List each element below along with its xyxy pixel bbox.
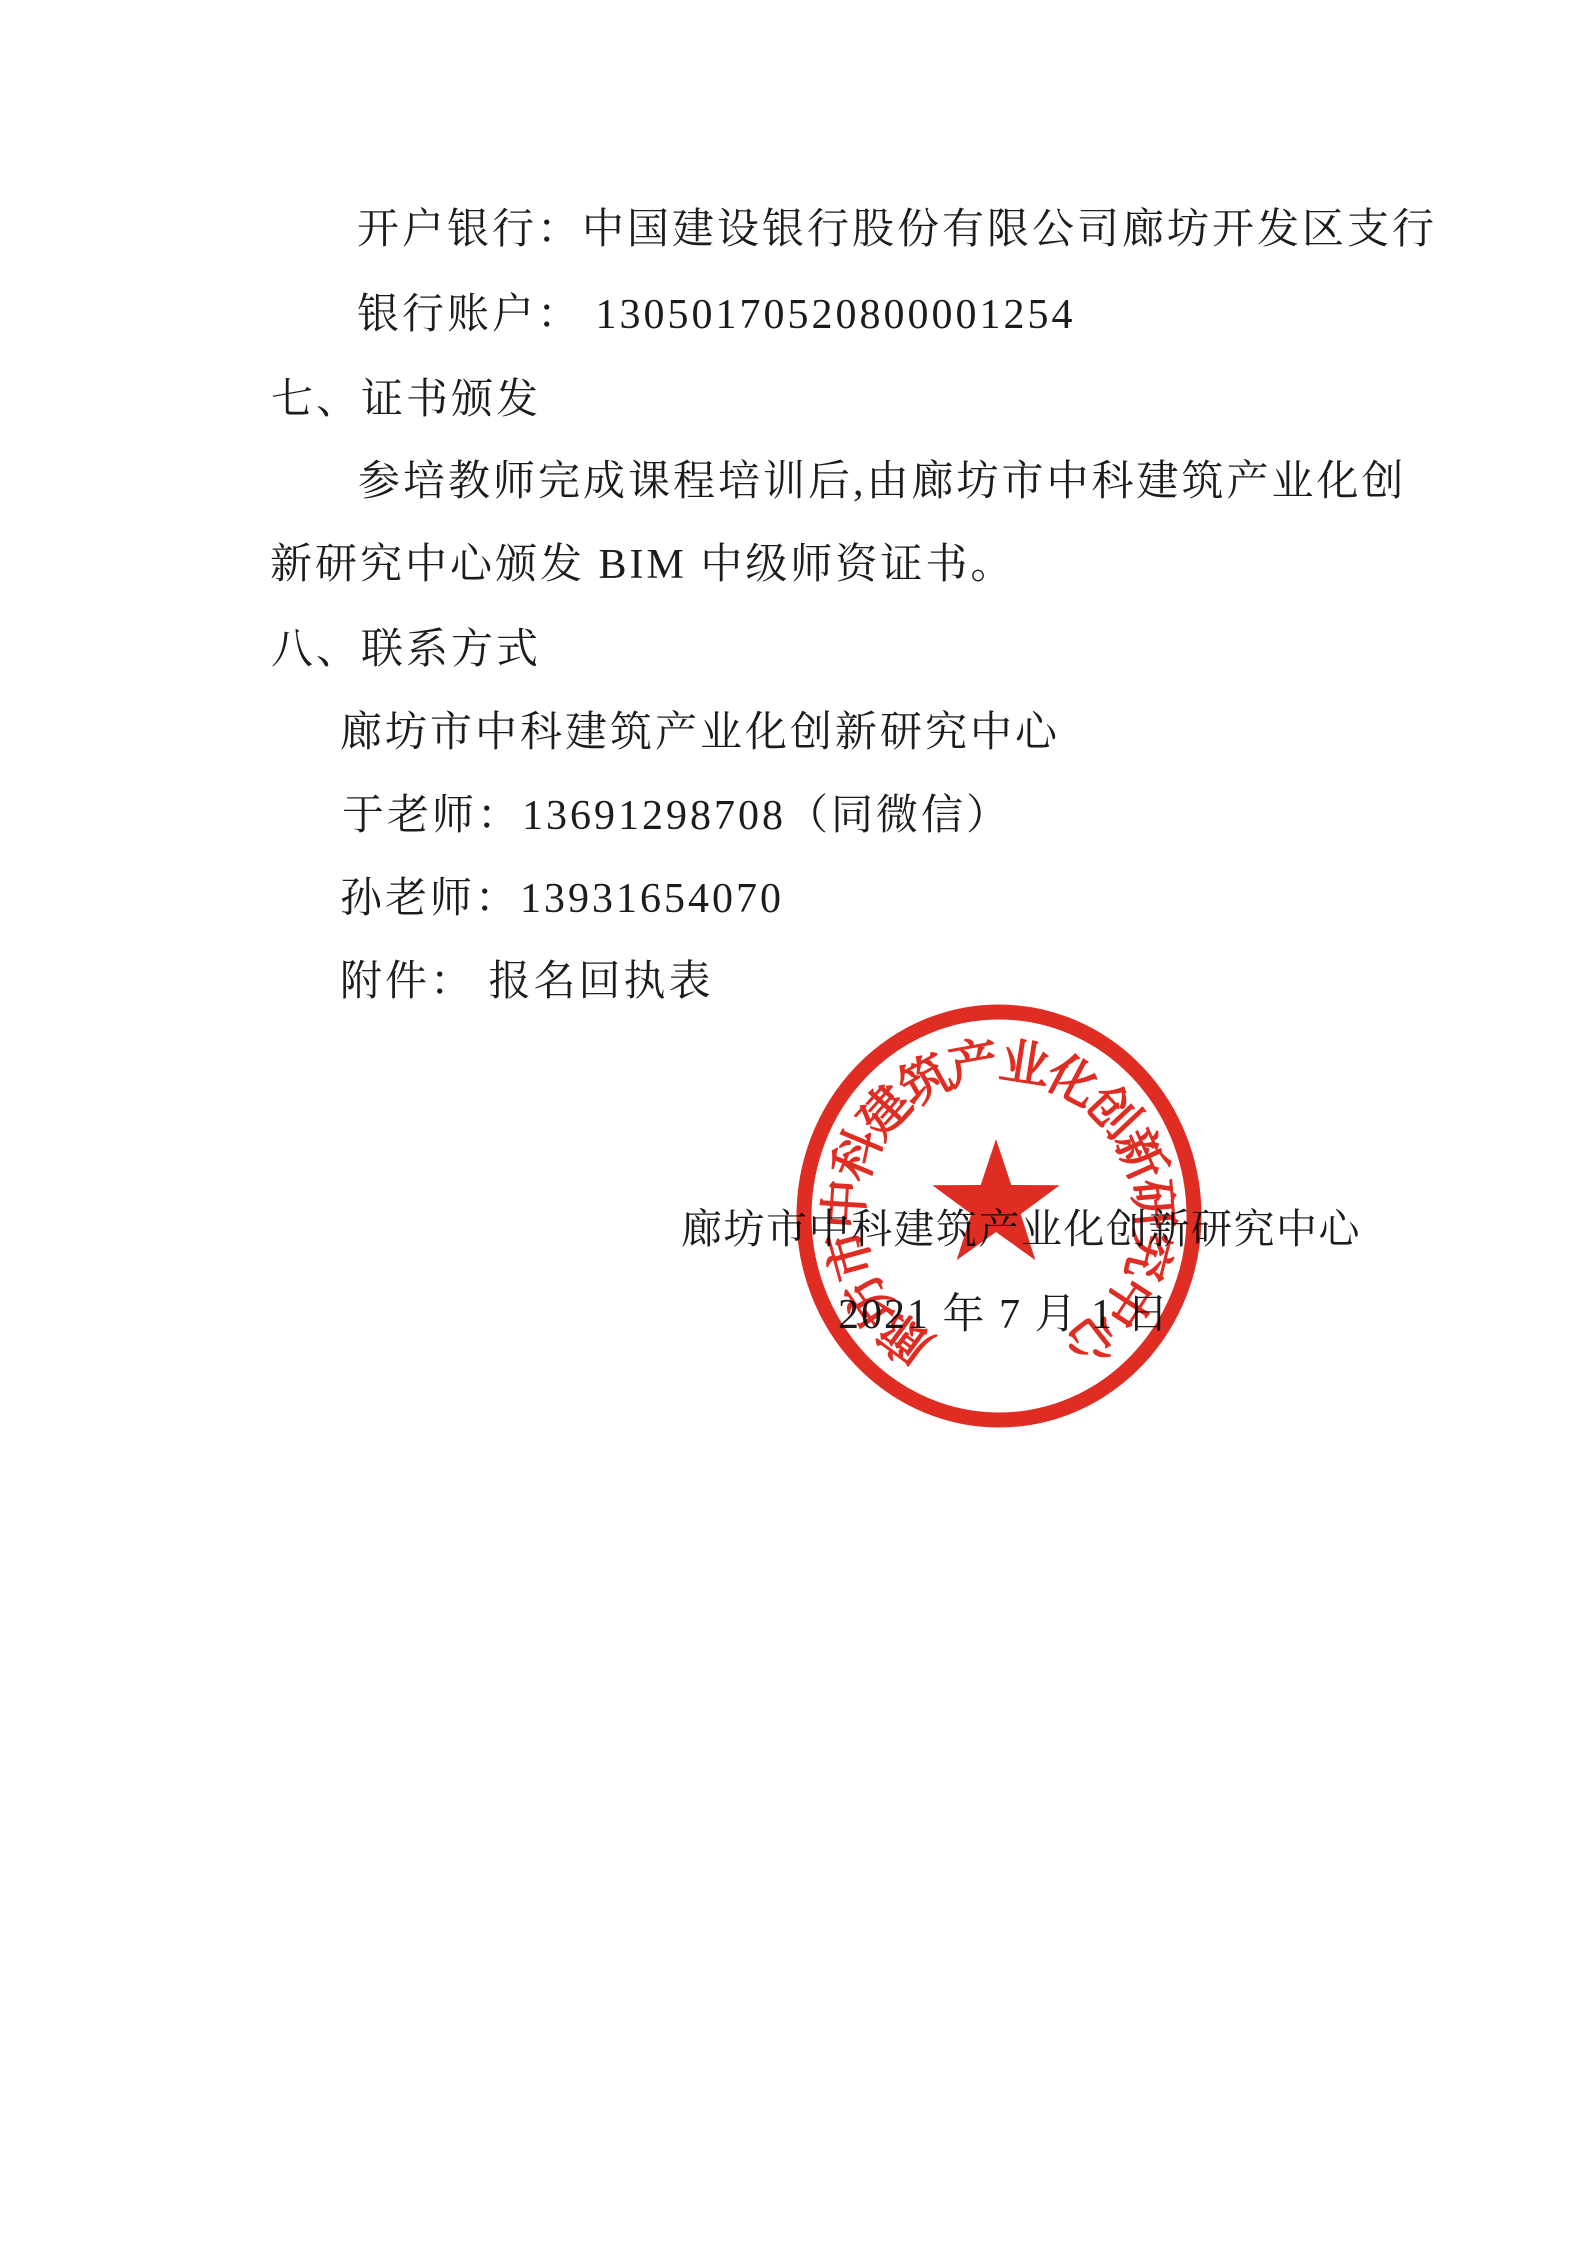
section-7-heading: 七、证书颁发 [271, 379, 541, 421]
signature-organization: 廊坊市中科建筑产业化创新研究中心 [681, 1209, 1361, 1250]
certificate-paragraph-line-1: 参培教师完成课程培训后,由廊坊市中科建筑产业化创 [358, 461, 1407, 503]
document-page: 开户银行：中国建设银行股份有限公司廊坊开发区支行 银行账户： 130501705… [0, 0, 1587, 2245]
organization-name-line: 廊坊市中科建筑产业化创新研究中心 [340, 712, 1060, 754]
contact-yu-line: 于老师：13691298708（同微信） [342, 795, 1011, 837]
bank-name-line: 开户银行：中国建设银行股份有限公司廊坊开发区支行 [357, 209, 1437, 251]
section-8-heading: 八、联系方式 [271, 629, 541, 671]
bank-account-line: 银行账户： 13050170520800001254 [357, 294, 1076, 336]
signature-date: 2021 年 7 月 1 日 [838, 1294, 1171, 1336]
contact-sun-line: 孙老师：13931654070 [340, 878, 784, 920]
attachment-line: 附件： 报名回执表 [340, 961, 714, 1003]
certificate-paragraph-line-2: 新研究中心颁发 BIM 中级师资证书。 [270, 544, 1015, 586]
